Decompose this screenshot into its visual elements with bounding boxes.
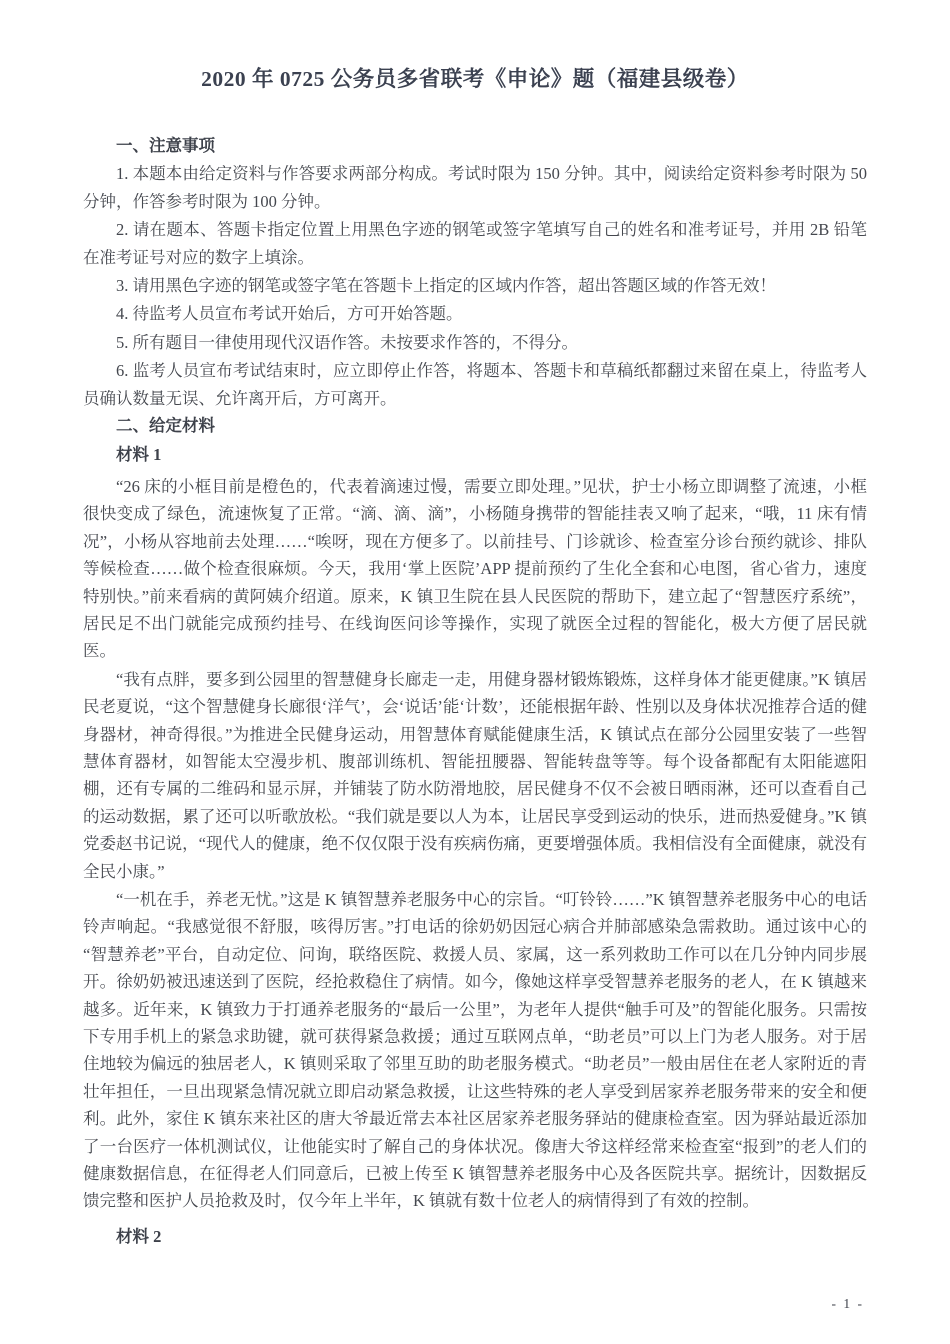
notice-section-heading: 一、注意事项 bbox=[83, 132, 867, 159]
material-1-body: “26 床的小框目前是橙色的，代表着滴速过慢，需要立即处理。”见状，护士小杨立即… bbox=[83, 473, 867, 1215]
notice-item-6: 6. 监考人员宣布考试结束时，应立即停止作答，将题本、答题卡和草稿纸都翻过来留在… bbox=[83, 357, 867, 412]
exam-paper-page: 2020 年 0725 公务员多省联考《申论》题（福建县级卷） 一、注意事项 1… bbox=[0, 0, 950, 1344]
materials-section-heading: 二、给定材料 bbox=[83, 412, 867, 439]
material-1-paragraph-3: “一机在手，养老无忧。”这是 K 镇智慧养老服务中心的宗旨。“叮铃铃……”K 镇… bbox=[83, 886, 867, 1215]
material-1-label: 材料 1 bbox=[83, 441, 867, 468]
notice-list: 1. 本题本由给定资料与作答要求两部分构成。考试时限为 150 分钟。其中，阅读… bbox=[83, 160, 867, 412]
notice-item-2: 2. 请在题本、答题卡指定位置上用黑色字迹的钢笔或签字笔填写自己的姓名和准考证号… bbox=[83, 216, 867, 271]
material-2-label: 材料 2 bbox=[83, 1223, 867, 1250]
material-1-paragraph-2: “我有点胖，要多到公园里的智慧健身长廊走一走，用健身器材锻炼锻炼，这样身体才能更… bbox=[83, 666, 867, 885]
notice-item-4: 4. 待监考人员宣布考试开始后，方可开始答题。 bbox=[83, 300, 867, 327]
notice-item-1: 1. 本题本由给定资料与作答要求两部分构成。考试时限为 150 分钟。其中，阅读… bbox=[83, 160, 867, 215]
material-1-paragraph-1: “26 床的小框目前是橙色的，代表着滴速过慢，需要立即处理。”见状，护士小杨立即… bbox=[83, 473, 867, 665]
page-title: 2020 年 0725 公务员多省联考《申论》题（福建县级卷） bbox=[83, 64, 867, 94]
notice-item-3: 3. 请用黑色字迹的钢笔或签字笔在答题卡上指定的区域内作答，超出答题区域的作答无… bbox=[83, 272, 867, 299]
notice-item-5: 5. 所有题目一律使用现代汉语作答。未按要求作答的，不得分。 bbox=[83, 329, 867, 356]
page-number: - 1 - bbox=[832, 1296, 865, 1312]
